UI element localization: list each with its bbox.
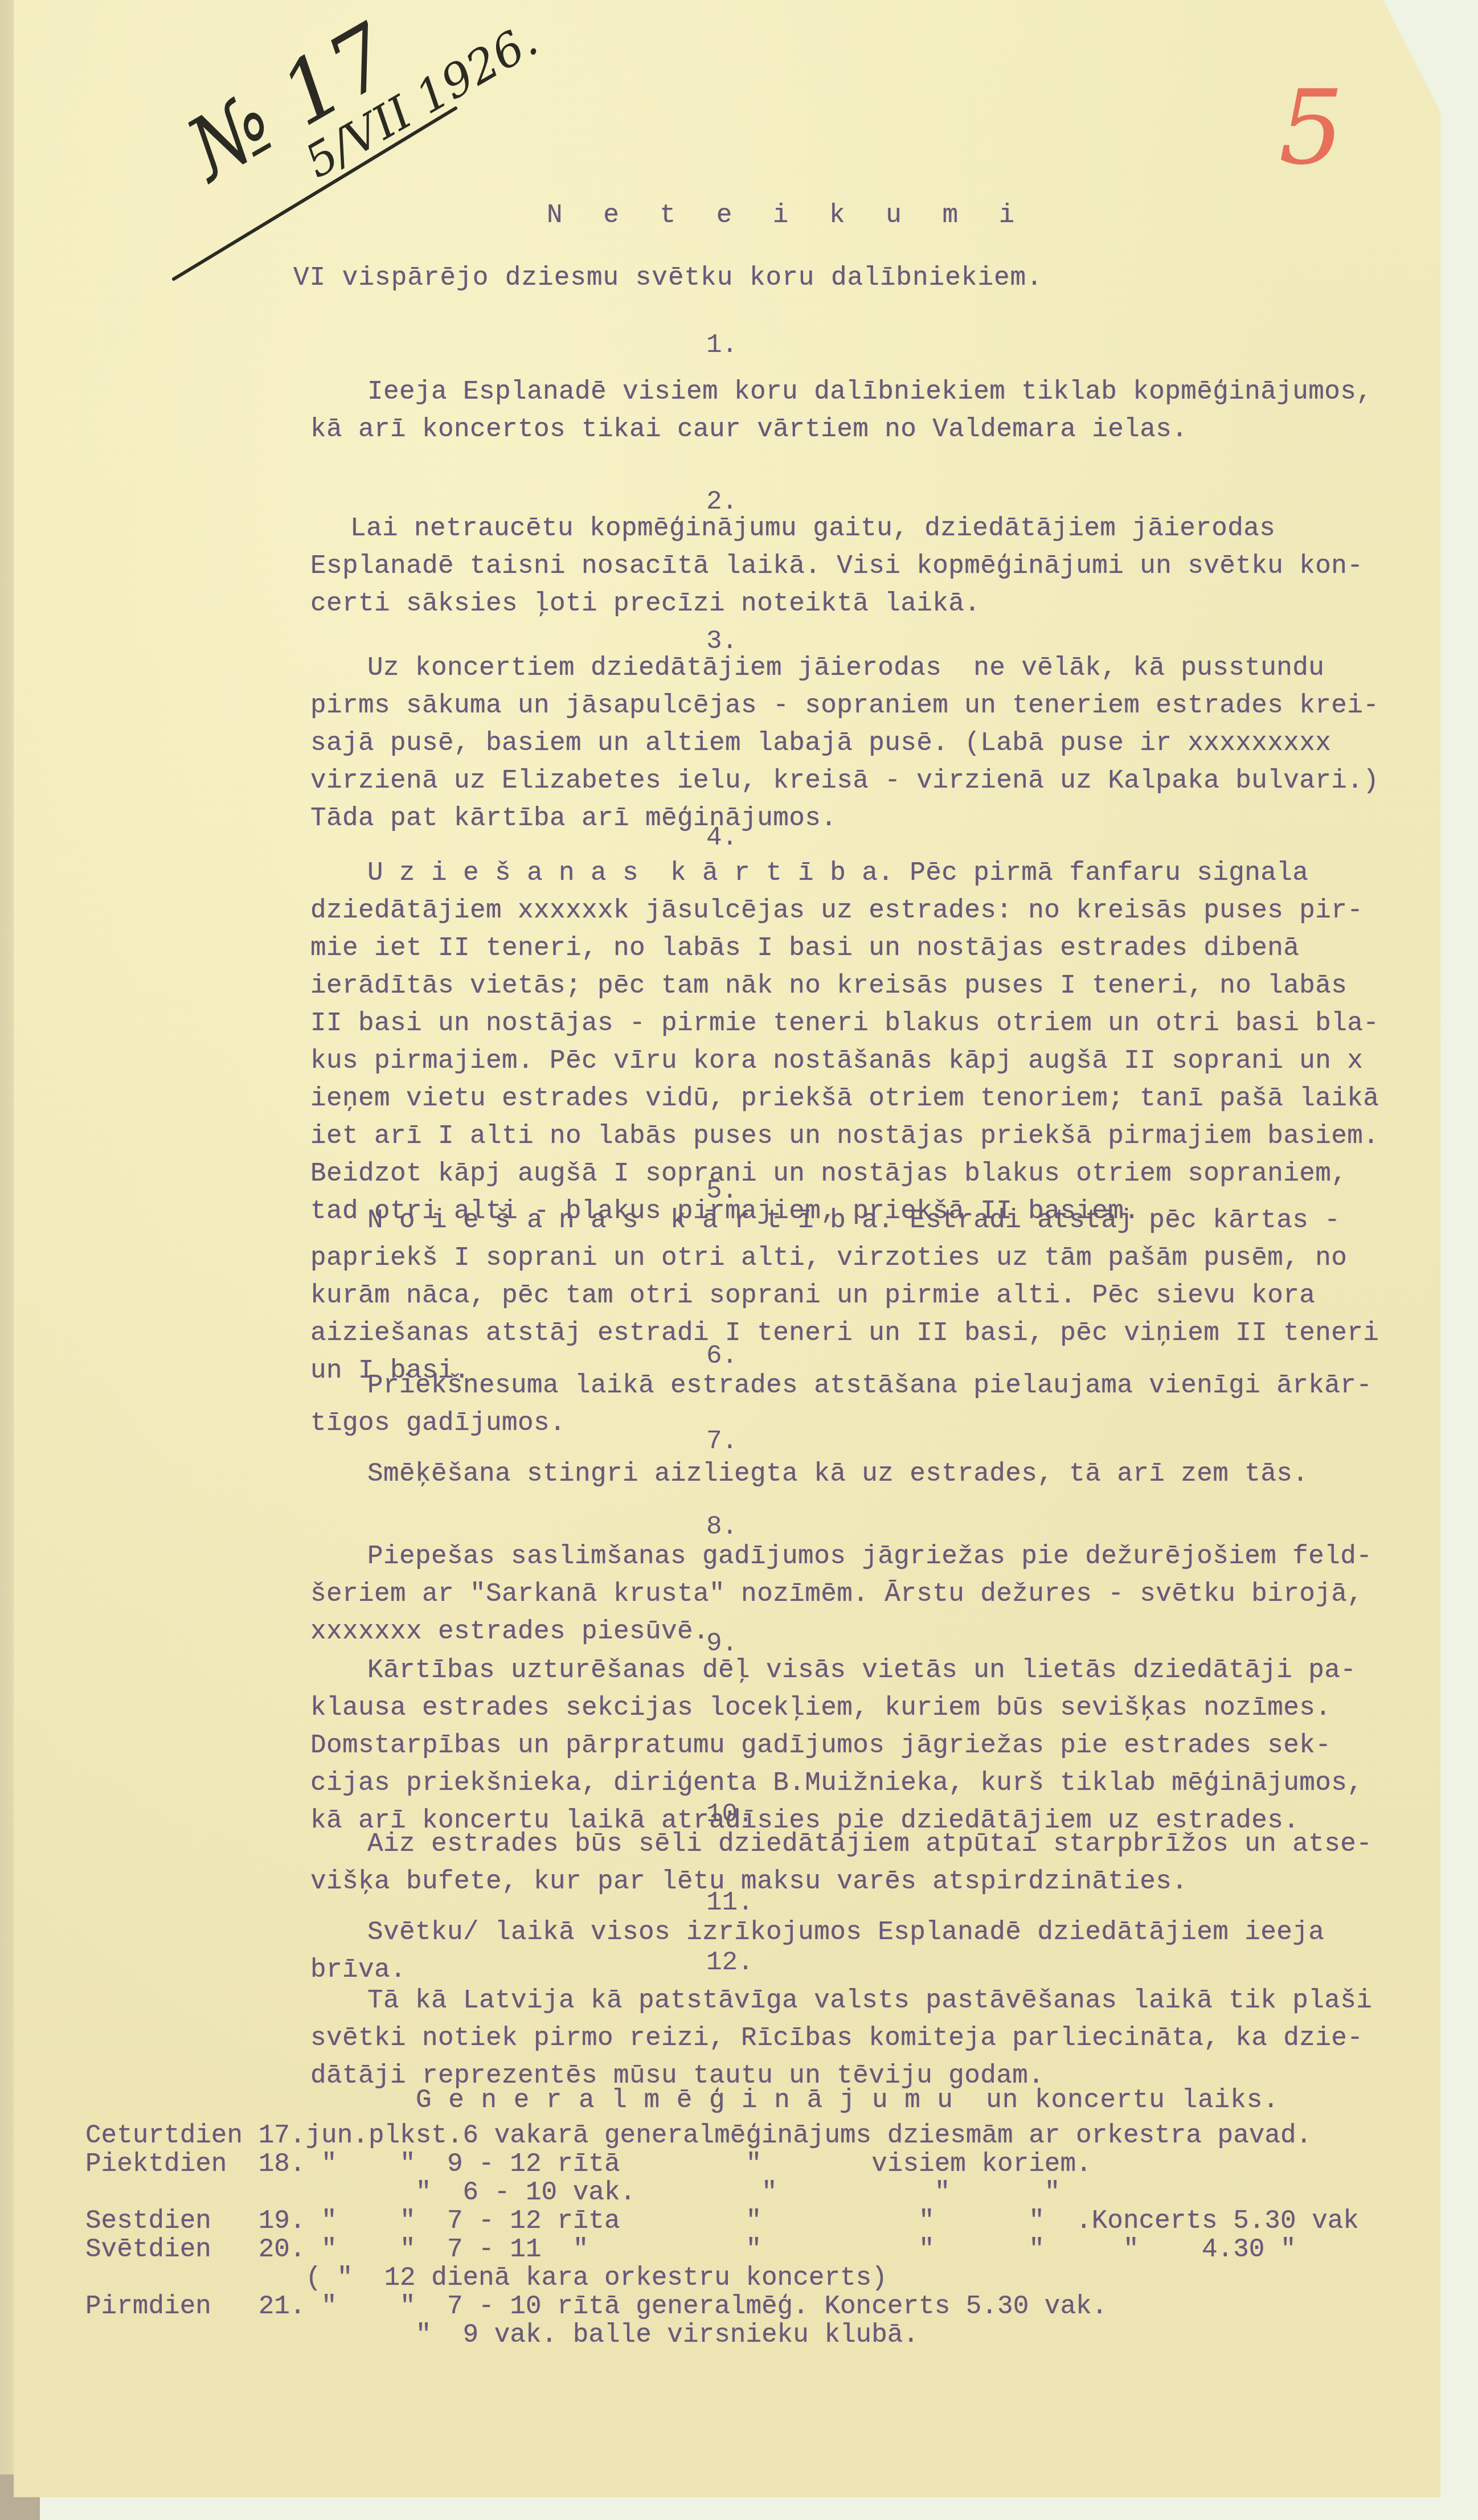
section-10: Aiz estrades būs sēli dziedātājiem atpūt…	[310, 1825, 1478, 1900]
section-line: Aiz estrades būs sēli dziedātājiem atpūt…	[310, 1825, 1478, 1863]
schedule-table: Ceturtdien 17.jun.plkst.6 vakarā general…	[85, 2121, 1441, 2349]
schedule-row: Ceturtdien 17.jun.plkst.6 vakarā general…	[85, 2121, 1441, 2150]
section-line: Priekšnesuma laikā estrades atstāšana pi…	[310, 1367, 1478, 1404]
section-line: certi sāksies ļoti precīzi noteiktā laik…	[310, 585, 1478, 622]
section-line: iet arī I alti no labās puses un nostāja…	[310, 1117, 1478, 1155]
section-line: svētki notiek pirmo reizi, Rīcības komit…	[310, 2019, 1478, 2057]
section-line: Svētku/ laikā visos izrīkojumos Esplanad…	[310, 1913, 1478, 1951]
section-line: Ieeja Esplanadē visiem koru dalībniekiem…	[310, 373, 1478, 411]
section-number-1: 1.	[706, 330, 738, 360]
section-line: klausa estrades sekcijas locekļiem, kuri…	[310, 1689, 1478, 1727]
section-line: višķa bufete, kur par lētu maksu varēs a…	[310, 1863, 1478, 1900]
schedule-row: ( " 12 dienā kara orkestru koncerts)	[85, 2264, 1441, 2292]
section-line: Tāda pat kārtība arī mēģinājumos.	[310, 800, 1478, 837]
section-line: mie iet II teneri, no labās I basi un no…	[310, 929, 1478, 967]
schedule-row: Sestdien 19. " " 7 - 12 rīta " " " .Konc…	[85, 2207, 1441, 2235]
section-line: Tā kā Latvija kā patstāvīga valsts pastā…	[310, 1982, 1478, 2019]
section-line: virzienā uz Elizabetes ielu, kreisā - vi…	[310, 762, 1478, 800]
schedule-row: Piektdien 18. " " 9 - 12 rītā " visiem k…	[85, 2150, 1441, 2178]
section-line: sajā pusē, basiem un altiem labajā pusē.…	[310, 724, 1478, 762]
section-line: kus pirmajiem. Pēc vīru kora nostāšanās …	[310, 1042, 1478, 1080]
section-8: Piepešas saslimšanas gadījumos jāgriežas…	[310, 1538, 1478, 1650]
section-number-4: 4.	[706, 823, 738, 853]
section-line: šeriem ar "Sarkanā krusta" nozīmēm. Ārst…	[310, 1575, 1478, 1613]
section-line: papriekš I soprani un otri alti, virzoti…	[310, 1239, 1478, 1277]
section-3: Uz koncertiem dziedātājiem jāierodas ne …	[310, 649, 1478, 837]
red-page-number: 5	[1279, 68, 1344, 187]
section-line: Uz koncertiem dziedātājiem jāierodas ne …	[310, 649, 1478, 687]
section-line: dziedātājiem xxxxxxk jāsulcējas uz estra…	[310, 892, 1478, 929]
section-line: II basi un nostājas - pirmie teneri blak…	[310, 1005, 1478, 1042]
section-2: Lai netraucētu kopmēģinājumu gaitu, dzie…	[310, 510, 1478, 622]
section-line: pirms sākuma un jāsapulcējas - sopraniem…	[310, 687, 1478, 724]
schedule-heading: G e n e r a l m ē ģ i n ā j u m u un kon…	[416, 2081, 1279, 2119]
section-1: Ieeja Esplanadē visiem koru dalībniekiem…	[310, 373, 1478, 448]
section-line: ierādītās vietās; pēc tam nāk no kreisās…	[310, 967, 1478, 1005]
schedule-row: " 6 - 10 vak. " " "	[85, 2178, 1441, 2207]
section-line: kurām nāca, pēc tam otri soprani un pirm…	[310, 1277, 1478, 1314]
section-line: cijas priekšnieka, diriģenta B.Muižnieka…	[310, 1764, 1478, 1802]
section-line: Kārtības uzturēšanas dēļ visās vietās un…	[310, 1652, 1478, 1689]
section-line: tīgos gadījumos.	[310, 1404, 1478, 1442]
section-line: kā arī koncertos tikai caur vārtiem no V…	[310, 411, 1478, 448]
section-line: Smēķēšana stingri aizliegta kā uz estrad…	[310, 1455, 1478, 1493]
schedule-row: " 9 vak. balle virsnieku klubā.	[85, 2321, 1441, 2349]
section-line: xxxxxxx estrades piesūvē.	[310, 1613, 1478, 1650]
section-6: Priekšnesuma laikā estrades atstāšana pi…	[310, 1367, 1478, 1442]
section-11: Svētku/ laikā visos izrīkojumos Esplanad…	[310, 1913, 1478, 1989]
section-line: N o i e š a n a s k ā r t ī b a. Estradi…	[310, 1202, 1478, 1239]
section-line: Piepešas saslimšanas gadījumos jāgriežas…	[310, 1538, 1478, 1575]
section-5: N o i e š a n a s k ā r t ī b a. Estradi…	[310, 1202, 1478, 1390]
section-4: U z i e š a n a s k ā r t ī b a. Pēc pir…	[310, 854, 1478, 1230]
section-9: Kārtības uzturēšanas dēļ visās vietās un…	[310, 1652, 1478, 1839]
section-7: Smēķēšana stingri aizliegta kā uz estrad…	[310, 1455, 1478, 1493]
document-title: N e t e i k u m i	[547, 196, 1027, 234]
section-line: ieņem vietu estrades vidū, priekšā otrie…	[310, 1080, 1478, 1117]
section-line: U z i e š a n a s k ā r t ī b a. Pēc pir…	[310, 854, 1478, 892]
handwritten-slash-line	[171, 103, 467, 285]
schedule-row: Svētdien 20. " " 7 - 11 " " " " " 4.30 "	[85, 2235, 1441, 2264]
schedule-row: Pirmdien 21. " " 7 - 10 rītā generalmēģ.…	[85, 2292, 1441, 2321]
section-number-7: 7.	[706, 1427, 738, 1456]
section-12: Tā kā Latvija kā patstāvīga valsts pastā…	[310, 1982, 1478, 2095]
section-line: Esplanadē taisni nosacītā laikā. Visi ko…	[310, 547, 1478, 585]
section-line: Beidzot kāpj augšā I soprani un nostājas…	[310, 1155, 1478, 1193]
section-line: Domstarpības un pārpratumu gadījumos jāg…	[310, 1727, 1478, 1764]
document-subtitle: VI vispārējo dziesmu svētku koru dalībni…	[293, 259, 1043, 297]
section-line: Lai netraucētu kopmēģinājumu gaitu, dzie…	[310, 510, 1478, 547]
section-number-12: 12.	[706, 1948, 754, 1977]
section-line: aiziešanas atstāj estradi I teneri un II…	[310, 1314, 1478, 1352]
